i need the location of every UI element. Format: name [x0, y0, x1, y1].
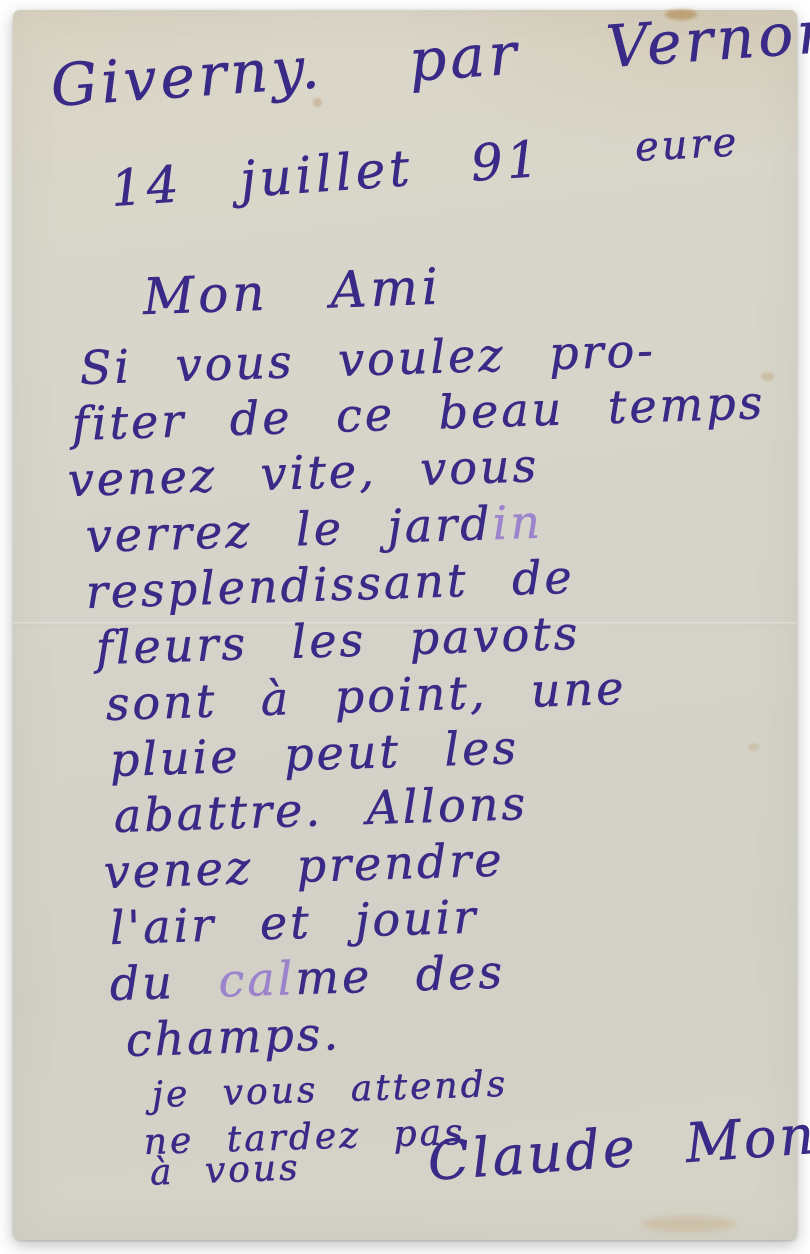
foxing-spot: [641, 1216, 736, 1232]
letter-line-segment-faded-ink: cal: [218, 951, 297, 1007]
letter-body: Si vous voulez pro- fiter de ce beau tem…: [68, 340, 798, 1166]
letter-line-segment: me des: [294, 945, 505, 1006]
letterhead-department: eure: [634, 119, 740, 170]
letter-line-segment: du: [109, 954, 219, 1011]
salutation: Mon Ami: [142, 258, 443, 326]
letter-line-segment-faded-ink: in: [492, 495, 544, 551]
closing: à vous: [149, 1147, 301, 1193]
letterhead-location: Giverny. par Vernon: [49, 0, 810, 120]
letterhead-date: 14 juillet 91: [109, 130, 544, 218]
letter-paper: Giverny. par Vernon eure 14 juillet 91 M…: [13, 10, 797, 1240]
